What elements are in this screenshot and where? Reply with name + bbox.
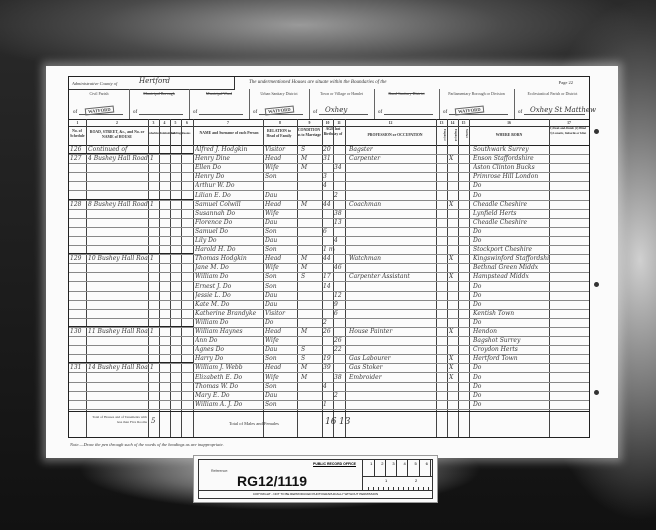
cell-birthplace: Bagshot Surrey [473,337,549,344]
cell-name: Harry Do [195,355,263,362]
col-rooms: Rooms [181,131,191,136]
area-value: Oxhey St Matthew [530,106,596,114]
cell-birthplace: Hertford Town [473,355,549,362]
cell-name: Elizabeth E. Do [195,374,263,381]
cell-condition: S [301,355,321,362]
col-address: ROAD, STREET, &c., and No. or NAME of HO… [87,130,147,139]
cell-address: 11 Bushey Hall Road [88,328,148,335]
cell-schedule: 128 [70,201,86,208]
cell-age-m: 44 [323,255,335,262]
cell-condition: M [301,164,321,171]
punch-hole [594,129,599,134]
cell-relation: Head [265,255,297,262]
area-underline [384,114,433,115]
area-box: Civil ParishofWATFORD [69,89,130,119]
scale-tick [430,460,431,476]
cell-occupation: Coachman [349,201,435,208]
cell-inhabited: 1 [150,328,158,335]
cell-address: 14 Bushey Hall Road [88,364,148,371]
cell-name: Henry Do [195,173,263,180]
area-label: Rural Sanitary District [374,91,439,96]
scale-tick [407,460,408,476]
cell-relation: Son [265,401,297,408]
household-separator [69,362,193,363]
cell-age-f: 34 [334,164,346,171]
reference-label: Reference: [211,469,228,473]
measurement-scale: 12345612 [363,460,432,491]
cell-birthplace: Enson Staffordshire [473,155,549,162]
cell-occupation: Embroider [349,374,435,381]
area-of-label: of [73,110,77,115]
cell-relation: Head [265,364,297,371]
reference-card: PUBLIC RECORD OFFICE Reference: RG12/111… [193,455,438,503]
cell-birthplace: Do [473,364,549,371]
cell-condition: M [301,155,321,162]
cell-birthplace: Do [473,392,549,399]
cell-birthplace: Do [473,228,549,235]
area-box: Town or Village or HamletofOxhey [309,89,375,119]
col-birthplace: WHERE BORN [471,133,547,138]
cell-name: Lily Do [195,237,263,244]
cell-relation: Son [265,246,297,253]
cell-birthplace: Kentish Town [473,310,549,317]
cell-age-f: 38 [334,374,346,381]
cell-age-m: 4 [323,383,335,390]
cell-relation: Dau [265,346,297,353]
cell-age-m: 17 [323,273,335,280]
cell-relation: Head [265,201,297,208]
cell-address: 8 Bushey Hall Road [88,201,148,208]
scale-tick [419,460,420,476]
houses-total-label: Total of Houses and of Tenements with le… [87,415,147,424]
cell-age-f: 4 [334,237,346,244]
cell-schedule: 131 [70,364,86,371]
household-separator [69,326,193,327]
cell-relation: Dau [265,237,297,244]
cell-condition: M [301,328,321,335]
area-of-label: of [193,110,197,115]
cell-birthplace: Do [473,283,549,290]
cell-relation: Dau [265,219,297,226]
cell-age-f: 13 [334,219,346,226]
cell-name: Agnes Do [195,346,263,353]
cell-age-m: 31 [323,155,335,162]
col-employer: Employer [436,129,446,141]
scale-divider [363,476,432,477]
scale-label: 5 [415,461,417,466]
cell-occupation: Gas Labourer [349,355,435,362]
area-underline [524,114,585,115]
col-inhabited: Inhabited [148,131,158,136]
cell-birthplace: Aston Clinton Bucks [473,164,549,171]
females-total: 13 [339,417,350,427]
footer-note: Note.—Draw the pen through such of the w… [70,442,224,447]
col-relation: RELATION to Head of Family [263,129,295,138]
cell-birthplace: Stockport Cheshire [473,246,549,253]
cell-emp: X [449,364,458,371]
admin-county-value: Hertford [139,77,170,85]
cell-age-m: 14 [323,283,335,290]
cell-schedule: 127 [70,155,86,162]
cell-schedule: 130 [70,328,86,335]
cell-condition: M [301,255,321,262]
cell-name: Samuel Colwill [195,201,263,208]
cell-occupation: Carpenter Assistant [349,273,435,280]
cell-name: Ellen Do [195,164,263,171]
cell-age-m: 39 [323,364,335,371]
cell-birthplace: Do [473,182,549,189]
cell-condition: S [301,273,321,280]
col-infirmity: (1) Deaf-and-Dumb (2) Blind (3) Lunatic,… [549,126,589,135]
cell-name: William J. Webb [195,364,263,371]
area-box: Municipal Boroughof [129,89,190,119]
column-header-row: No. of Schedule ROAD, STREET, &c., and N… [69,125,589,146]
household-separator [69,253,193,254]
cell-condition: S [301,146,321,153]
cell-age-m: 1 month [323,246,335,253]
cell-inhabited: 1 [150,255,158,262]
cell-birthplace: Hampstead Middx [473,273,549,280]
area-box: Urban Sanitary DistrictofWATFORD [249,89,310,119]
cell-age-f: 2 [334,192,346,199]
cell-emp: X [449,273,458,280]
cell-occupation: House Painter [349,328,435,335]
cell-relation: Son [265,273,297,280]
cell-relation: Visitor [265,310,297,317]
cell-age-m: 26 [323,328,335,335]
cell-birthplace: Do [473,292,549,299]
cell-age-f: 2 [334,392,346,399]
cell-birthplace: Do [473,374,549,381]
cell-age-m: 1 [323,401,335,408]
cell-relation: Head [265,155,297,162]
area-of-label: of [443,110,447,115]
cell-birthplace: Do [473,383,549,390]
cell-birthplace: Do [473,319,549,326]
cell-name: Kate M. Do [195,301,263,308]
cell-birthplace: Lynfield Herts [473,210,549,217]
area-of-label: of [378,110,382,115]
cell-age-f: 22 [334,346,346,353]
cell-emp: X [449,355,458,362]
cell-birthplace: Bethnal Green Middx [473,264,549,271]
scale-label: 1 [385,478,387,483]
cell-relation: Dau [265,192,297,199]
page-label: Page 22 [559,80,573,85]
cell-relation: Son [265,355,297,362]
scale-tick [396,460,397,476]
cell-address: 10 Bushey Hall Road [88,255,148,262]
cell-relation: Wife [265,164,297,171]
cell-relation: Do [265,319,297,326]
cell-occupation: Carpenter [349,155,435,162]
cell-name: Thomas Hodgkin [195,255,263,262]
cell-name: Jane M. Do [195,264,263,271]
cell-name: William Haynes [195,328,263,335]
scale-label: 1 [370,461,372,466]
col-schedule: No. of Schedule [70,129,84,138]
persons-total-label: Total of Males and Females [229,421,279,426]
area-label: Municipal Borough [129,91,189,96]
cell-relation: Wife [265,210,297,217]
area-underline [199,114,243,115]
cell-name: William Do [195,273,263,280]
cell-birthplace: Southwark Surrey [473,146,549,153]
cell-occupation: Watchman [349,255,435,262]
area-of-label: of [313,110,317,115]
admin-county-label: Administrative County of [72,81,117,86]
area-box: Rural Sanitary Districtof [374,89,440,119]
cell-emp: X [449,155,458,162]
scale-label: 3 [392,461,394,466]
cell-age-m: 19 [323,355,335,362]
houses-total-value: 5 [151,417,155,425]
males-total: 16 [325,417,336,427]
col-uninhabited: Uninhabited [159,131,169,136]
scale-label: 2 [381,461,383,466]
col-occupation: PROFESSION or OCCUPATION [355,133,435,138]
area-box: Parliamentary Borough or DivisionofWATFO… [439,89,515,119]
cell-address: Continued of [88,146,148,153]
cell-condition: M [301,374,321,381]
cell-age-f: 9 [334,301,346,308]
punch-hole [594,282,599,287]
scale-label: 2 [415,478,417,483]
cell-birthplace: Do [473,401,549,408]
cell-name: Ernest J. Do [195,283,263,290]
cell-relation: Dau [265,292,297,299]
cell-name: William A. J. Do [195,401,263,408]
cell-name: Susannah Do [195,210,263,217]
census-form: Administrative County of Hertford The un… [68,76,590,438]
cell-relation: Son [265,383,297,390]
cell-relation: Head [265,328,297,335]
cell-age-m: 44 [323,201,335,208]
area-label: Civil Parish [69,91,129,96]
col-condition: CONDITION as to Marriage [297,128,321,137]
cell-age-f: 26 [334,337,346,344]
cell-relation: Son [265,283,297,290]
census-page: Administrative County of Hertford The un… [46,66,618,458]
cell-address: 4 Bushey Hall Road [88,155,148,162]
scale-label: 6 [426,461,428,466]
cell-emp: X [449,328,458,335]
cell-birthplace: Cheadle Cheshire [473,201,549,208]
area-of-label: of [518,110,522,115]
cell-emp: X [449,374,458,381]
punch-hole [594,390,599,395]
cell-age-f: 12 [334,292,346,299]
cell-name: Harold H. Do [195,246,263,253]
cell-emp: X [449,201,458,208]
cell-schedule: 129 [70,255,86,262]
cell-relation: Visitor [265,146,297,153]
scale-tick [374,460,375,476]
cell-name: Henry Dine [195,155,263,162]
household-separator [69,199,193,200]
cell-relation: Wife [265,264,297,271]
cell-age-m: 3 [323,173,335,180]
cell-name: Lilian E. Do [195,192,263,199]
cell-relation: Dau [265,301,297,308]
col-name: NAME and Surname of each Person [197,131,261,136]
cell-condition: M [301,364,321,371]
copyright-footer: COPYRIGHT - NOT TO BE REPRODUCED PHOTOGR… [199,490,432,498]
area-box: Municipal Wardof [189,89,250,119]
cell-name: Katherine Brandyke [195,310,263,317]
cell-name: Ann Do [195,337,263,344]
cell-birthplace: Kingswinford Staffordshire [473,255,549,262]
reference-number: RG12/1119 [237,473,307,489]
cell-name: Florence Do [195,219,263,226]
cell-name: Arthur W. Do [195,182,263,189]
scale-label: 4 [403,461,405,466]
cell-age-f: 38 [334,210,346,217]
cell-relation: Son [265,173,297,180]
area-label: Parliamentary Borough or Division [439,91,514,96]
area-label: Municipal Ward [189,91,249,96]
cell-birthplace: Do [473,237,549,244]
cell-name: Jessie L. Do [195,292,263,299]
col-employed: Employed [447,129,457,141]
area-of-label: of [133,110,137,115]
cell-relation: Wife [265,374,297,381]
reference-title: PUBLIC RECORD OFFICE [199,462,362,466]
cell-birthplace: Do [473,301,549,308]
col-building: Building [170,131,180,136]
area-underline [319,114,368,115]
cell-schedule: 126 [70,146,86,153]
cell-birthplace: Hendon [473,328,549,335]
cell-name: William Do [195,319,263,326]
scale-tick [385,460,386,476]
area-label: Ecclesiastical Parish or District [514,91,591,96]
cell-inhabited: 1 [150,201,158,208]
household-separator [69,153,193,154]
cell-age-f: 6 [334,310,346,317]
area-box: Ecclesiastical Parish or DistrictofOxhey… [514,89,591,119]
cell-relation: Wife [265,337,297,344]
cell-name: Alfred J. Hodgkin [195,146,263,153]
table-row: William A. J. DoSon1Do [69,400,589,410]
cell-inhabited: 1 [150,364,158,371]
cell-age-m: 2 [323,319,335,326]
cell-relation: Dau [265,392,297,399]
area-of-label: of [253,110,257,115]
cell-age-f: 46 [334,264,346,271]
area-label: Town or Village or Hamlet [309,91,374,96]
cell-age-m: 6 [323,228,335,235]
cell-birthplace: Cheadle Cheshire [473,219,549,226]
cell-condition: S [301,346,321,353]
cell-condition: M [301,264,321,271]
totals-row: Total of Houses and of Tenements with le… [69,411,589,438]
cell-occupation: Gas Stoker [349,364,435,371]
cell-condition: M [301,201,321,208]
cell-emp: X [449,255,458,262]
cell-birthplace: Do [473,192,549,199]
intro-text: The undermentioned Houses are situate wi… [249,80,386,85]
cell-occupation: Bagster [349,146,435,153]
cell-inhabited: 1 [150,155,158,162]
area-label: Urban Sanitary District [249,91,309,96]
cell-name: Samuel Do [195,228,263,235]
area-underline [139,114,183,115]
cell-age-m: 20 [323,146,335,153]
cell-age-m: 4 [323,182,335,189]
col-neither: Neither [458,129,468,138]
cell-name: Thomas W. Do [195,383,263,390]
cell-relation: Son [265,228,297,235]
area-value: Oxhey [325,106,347,114]
cell-name: Mary E. Do [195,392,263,399]
cell-birthplace: Croydon Herts [473,346,549,353]
cell-birthplace: Primrose Hill London [473,173,549,180]
